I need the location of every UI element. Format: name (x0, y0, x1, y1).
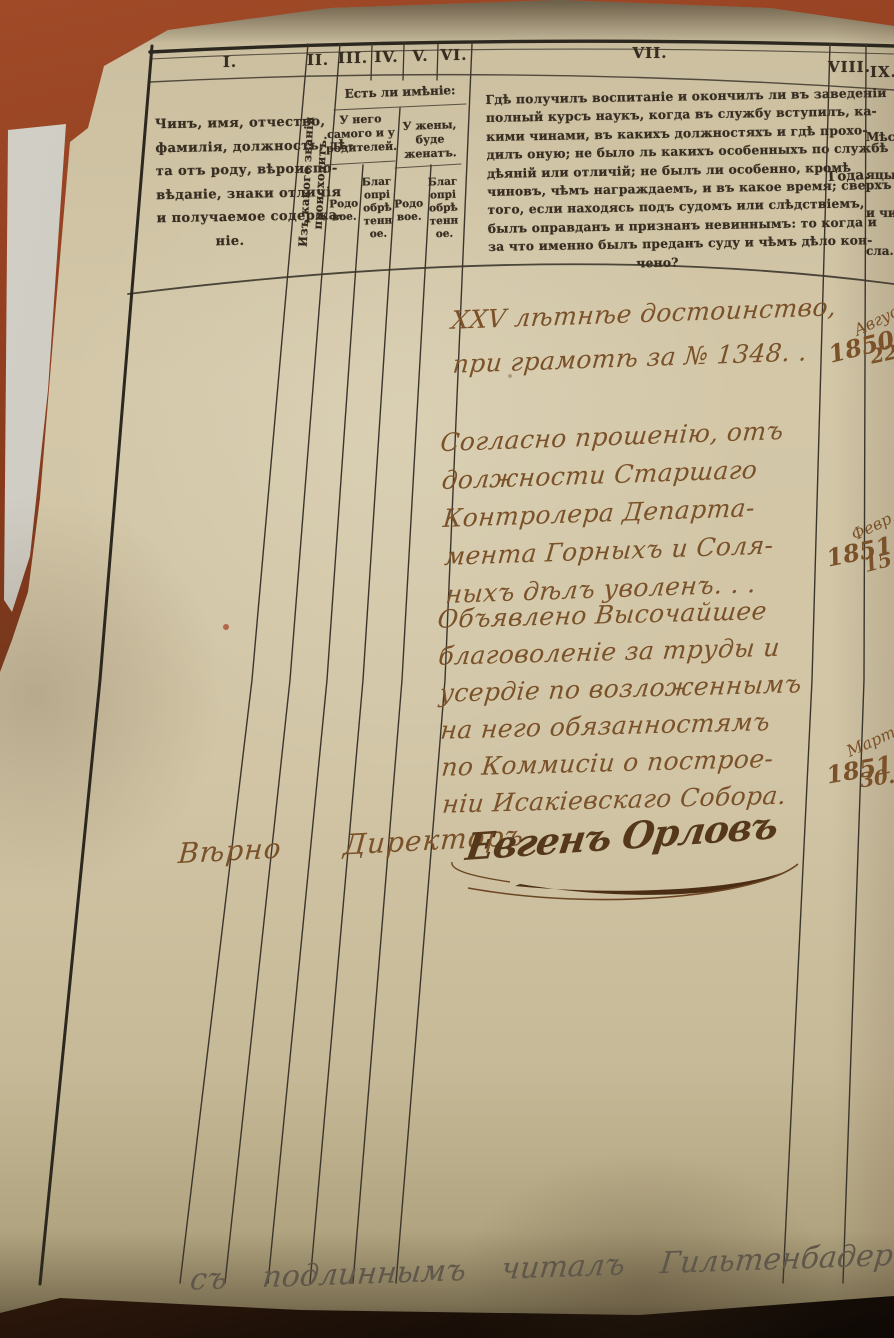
column-numeral-3: III. (336, 49, 370, 67)
column-numeral-5: V. (404, 47, 437, 65)
estate-sub-blago-2: Благопріобрѣтенное. (426, 175, 461, 241)
column-numeral-8: VIII. (828, 58, 866, 76)
estate-sub-rodovoe-1: Родовое. (329, 197, 360, 224)
col1-line: фамилія, должность, лѣ- (155, 134, 301, 160)
archival-photo: I. II. III. IV. V. VI. VII. VIII. IX. Чи… (0, 0, 894, 1338)
estate-own-header: У него самого и у родителей. (324, 112, 397, 156)
entry-3-day: 30. (858, 764, 894, 793)
column-numeral-2: II. (300, 51, 336, 69)
col1-line: ніе. (157, 228, 303, 254)
entry-1-text: XXV лѣтнѣе достоинство, при грамотѣ за №… (451, 285, 839, 386)
entry-3-text: Объявлено Высочайшее благоволеніе за тру… (437, 591, 805, 822)
col1-line: Чинъ, имя, отчество, (155, 111, 301, 137)
column-numeral-6: VI. (437, 46, 471, 64)
column-8-header: Года. (828, 167, 870, 185)
column-numeral-9: IX. (870, 63, 894, 81)
column-1-header: Чинъ, имя, отчество, фамилія, должность,… (155, 111, 303, 255)
col1-line: и получаемое содержа- (156, 205, 302, 231)
column-numeral-4: IV. (370, 48, 403, 66)
column-9-header: Мѣсяцы и числа. (866, 118, 894, 270)
entry-1-day: 22 (868, 339, 894, 368)
column-7-header: Гдѣ получилъ воспитаніе и окончилъ ли въ… (485, 85, 826, 275)
estate-sub-rodovoe-2: Родовое. (394, 197, 425, 224)
entry-2-text: Согласно прошенію, отъ должности Старшаг… (440, 412, 790, 614)
estate-wife-header: У жены, буде женатъ. (398, 118, 461, 162)
column-numeral-7: VII. (480, 44, 820, 62)
estate-sub-blago-1: Благопріобрѣтенное. (360, 175, 395, 241)
column-numeral-1: I. (160, 53, 300, 71)
col1-line: та отъ роду, вѣроиспо- (156, 158, 302, 184)
col1-line: вѣданіе, знаки отличія (156, 181, 302, 207)
